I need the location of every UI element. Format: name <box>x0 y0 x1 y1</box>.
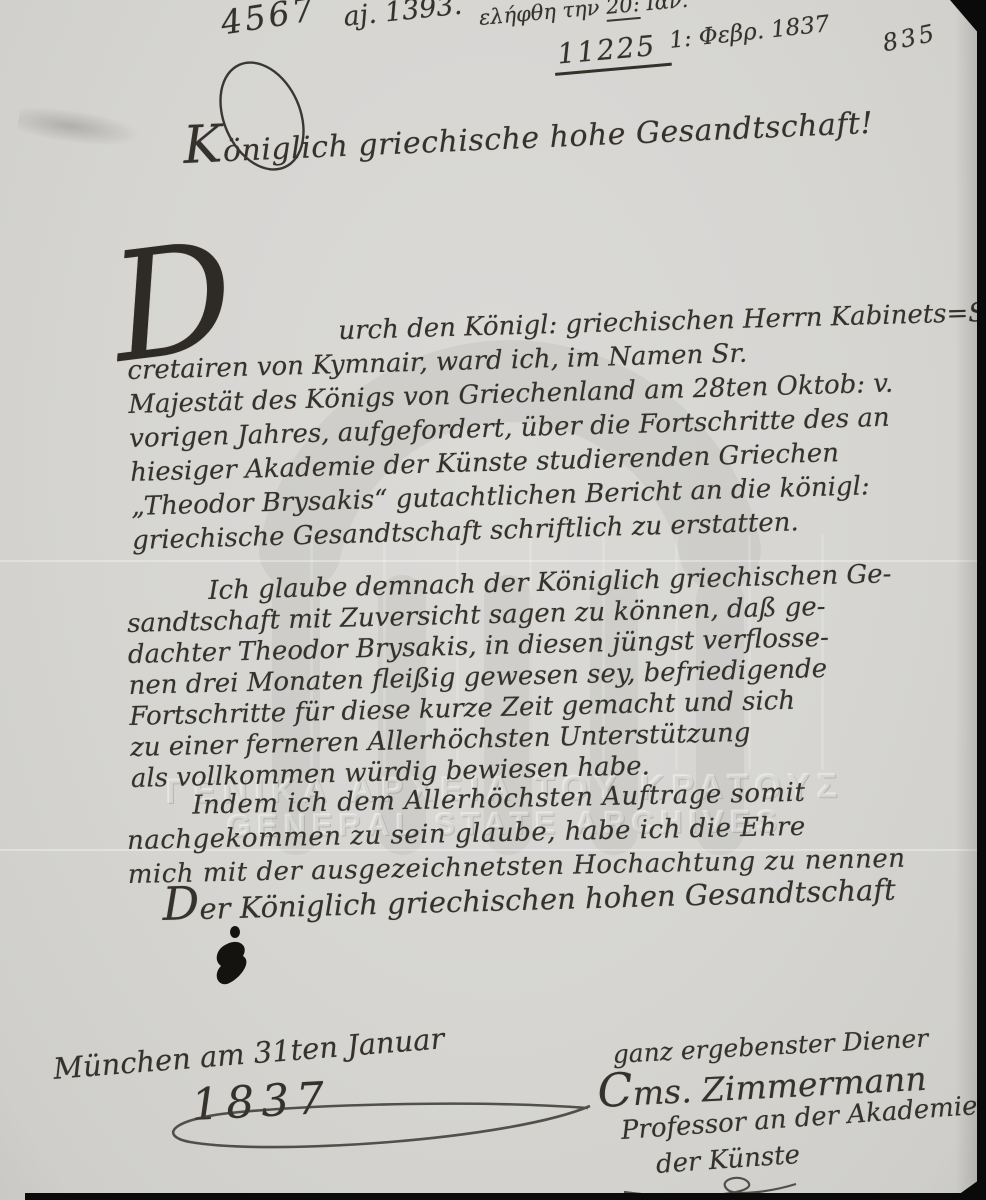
receipt-note: ελήφθη την 20: Ιαν. <box>478 0 689 30</box>
registry-number: 4567 <box>218 0 319 43</box>
initial-flourish <box>196 52 326 182</box>
body-paragraph-2: Ich glaube demnach der Königlich griechi… <box>126 559 896 795</box>
paper-edge-shadow <box>955 0 977 1200</box>
protocol-date: 1: Φεβρ. 1837 <box>668 11 831 54</box>
receipt-note-month: Ιαν. <box>639 0 690 16</box>
flourish-underline <box>150 1090 610 1160</box>
paper-smudge <box>16 101 150 155</box>
signature-flourish <box>620 1172 800 1200</box>
body-paragraph-1: urch den Königl: griechischen Herrn Kabi… <box>126 295 986 558</box>
filing-number: aj. 1393. <box>342 0 464 33</box>
receipt-note-prefix: ελήφθη την <box>478 0 607 30</box>
receipt-note-day: 20: <box>605 0 641 22</box>
document-scan: ΓΕΝΙΚΑ ΑΡΧΕΙΑ ΤΟΥ ΚΡΑΤΟΥΣ GENERAL STATE … <box>0 0 986 1200</box>
closing-initial: D <box>162 876 200 931</box>
archive-page-number: 835 <box>880 19 939 58</box>
protocol-number: 11225 <box>552 28 672 76</box>
ink-blot <box>205 922 265 992</box>
